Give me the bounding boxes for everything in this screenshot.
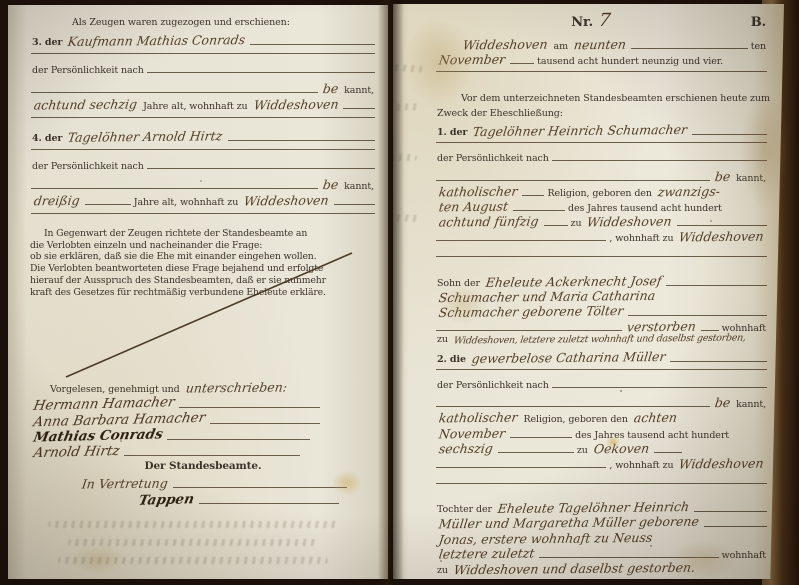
blank-rule: [435, 252, 768, 267]
fly-specks: [500, 60, 502, 62]
handwritten-text: Widdeshoven: [239, 193, 334, 209]
identity-line-2: bekannt,: [435, 169, 768, 184]
left-page-upper-form: Als Zeugen waren zugezogen und erschiene…: [30, 17, 376, 225]
bride-parents-line: Tochter derEheleute Tagelöhner Heinrich: [435, 500, 768, 515]
right-page: Nr.7B.WiddeshovenamneuntentenNovembertau…: [393, 4, 784, 579]
printed-text: Zweck der Eheschließung:: [435, 108, 565, 119]
printed-text: kannt,: [342, 181, 376, 192]
printed-text: ten: [749, 41, 768, 52]
age-line: achtund sechzigJahre alt, wohnhaft zuWid…: [30, 97, 376, 113]
marriage-question-paragraph: In Gegenwart der Zeugen richtete der Sta…: [30, 228, 376, 298]
bride-parents-line-4: letztere zuletztwohnhaft: [435, 546, 768, 561]
identity-line-2: bekannt,: [30, 81, 376, 97]
rule-line: [552, 383, 767, 388]
date-line: Novembertausend acht hundert neunzig und…: [435, 52, 768, 67]
blank-rule: [30, 49, 376, 65]
rule-line: [343, 104, 375, 109]
handwritten-text: Schumacher geborene Tölter: [434, 303, 629, 320]
birth-year-place-line: sechszigzuOekoven: [435, 441, 768, 456]
printed-text: kannt,: [734, 173, 768, 184]
place-date-line: Widdeshovenamneuntenten: [435, 37, 768, 52]
handwritten-text: Oekoven: [589, 440, 654, 456]
printed-text: B.: [749, 15, 768, 30]
groom-parents-line: Sohn derEheleute Ackerknecht Josef: [435, 274, 768, 289]
handwritten-text: katholischer: [434, 410, 523, 426]
printed-text: 3. der: [30, 37, 64, 48]
record-header: Nr.7B.: [435, 10, 768, 31]
handwritten-text: Kaufmann Mathias Conrads: [63, 32, 250, 49]
groom-parents-line-2: Schumacher und Maria Catharina: [435, 289, 768, 304]
handwritten-text: letztere zuletzt: [434, 545, 540, 561]
handwritten-text: achtund sechzig: [29, 96, 142, 112]
religion-birth-line: katholischerReligion, geboren denachten: [435, 410, 768, 425]
printed-text: Vor dem unterzeichneten Standesbeamten e…: [435, 93, 772, 104]
rule-line: [677, 221, 767, 226]
identity-line-2: bekannt,: [435, 395, 768, 410]
printed-text: zu: [575, 445, 590, 456]
printed-text: der Persönlichkeit nach: [435, 380, 551, 391]
rule-line: [539, 553, 718, 558]
rule-line: [436, 252, 767, 257]
groom-line: 1. derTagelöhner Heinrich Schumacher: [435, 123, 768, 138]
rule-line: [631, 44, 748, 49]
handwritten-text: November: [434, 425, 510, 441]
handwritten-text: 7: [594, 10, 616, 31]
handwritten-text: achtund fünfzig: [434, 213, 544, 229]
rule-line: [31, 209, 375, 214]
ink-bleedthrough: [68, 539, 318, 546]
signature-text: Tappen: [133, 491, 199, 509]
blank-rule: [30, 113, 376, 129]
witness-heading: Als Zeugen waren zugezogen und erschiene…: [30, 17, 376, 33]
groom-parents-line-3: Schumacher geborene Tölter: [435, 304, 768, 319]
handwritten-text: ten August: [434, 198, 513, 214]
registrar-title: Der Standesbeamte.: [30, 460, 376, 476]
rule-line: [628, 311, 767, 316]
rule-line: [704, 522, 767, 527]
handwritten-text: Widdeshoven und daselbst gestorben.: [449, 560, 700, 578]
struck-blank-space: [30, 298, 376, 380]
handwritten-text: achten: [629, 410, 682, 426]
birth-year-place-line: achtund fünfzigzuWiddeshoven: [435, 214, 768, 229]
printed-text: Als Zeugen waren zugezogen und erschiene…: [30, 17, 292, 28]
blank-rule: [435, 479, 768, 494]
birth-date-line: Novemberdes Jahres tausend acht hundert: [435, 426, 768, 441]
handwritten-text: Widdeshoven: [249, 97, 344, 113]
printed-text: der Persönlichkeit nach: [435, 153, 551, 164]
printed-text: 2. die: [435, 354, 468, 365]
residence-line: , wohnhaft zuWiddeshoven: [435, 456, 768, 471]
handwritten-text: be: [710, 395, 735, 410]
handwritten-text: zwanzigs-: [653, 183, 725, 199]
witness-3-line: 3. derKaufmann Mathias Conrads: [30, 33, 376, 49]
rule-line: [199, 499, 339, 504]
rule-line: [510, 59, 534, 64]
rule-line: [436, 236, 606, 241]
signature-line: Arnold Hirtz: [30, 444, 376, 460]
rule-line: [334, 200, 375, 205]
handwritten-text: Widdeshoven: [674, 229, 769, 245]
rule-line: [436, 402, 710, 407]
identity-line: der Persönlichkeit nach: [30, 161, 376, 177]
rule-line: [544, 221, 568, 226]
rule-line: [670, 357, 767, 362]
left-page-signature-block: Vorgelesen, genehmigt undunterschrieben:…: [30, 298, 376, 508]
printed-text: Jahre alt, wohnhaft zu: [132, 197, 240, 208]
printed-text: der Persönlichkeit nach: [30, 161, 146, 172]
bride-parents-line-3: Jonas, erstere wohnhaft zu Neuss: [435, 531, 768, 546]
rule-line: [147, 164, 375, 169]
left-page: Als Zeugen waren zugezogen und erschiene…: [8, 5, 388, 579]
handwritten-text: katholischer: [434, 183, 523, 199]
handwritten-text: Jonas, erstere wohnhaft zu Neuss: [434, 529, 657, 546]
identity-line: der Persönlichkeit nach: [30, 65, 376, 81]
rule-line: [210, 419, 320, 424]
rule-line: [666, 281, 767, 286]
printed-text: zu: [435, 565, 450, 576]
bride-parents-line-2: Müller und Margaretha Müller geborene: [435, 515, 768, 530]
printed-text: des Jahres tausend acht hundert: [573, 430, 731, 441]
deputy-line: In Vertretung: [30, 476, 376, 492]
rule-line: [692, 130, 767, 135]
blank-rule: [435, 67, 768, 82]
handwritten-text: Tagelöhner Arnold Hirtz: [63, 128, 227, 145]
rule-line: [31, 145, 375, 150]
rule-line: [701, 326, 719, 331]
rule-line: [173, 483, 347, 488]
printed-text: kannt,: [734, 399, 768, 410]
ink-bleedthrough: [48, 521, 338, 528]
appearance-clause-2: Zweck der Eheschließung:: [435, 108, 768, 123]
handwritten-text: Müller und Margaretha Müller geborene: [434, 514, 704, 532]
residence-line: , wohnhaft zuWiddeshoven: [435, 229, 768, 244]
printed-text: , wohnhaft zu: [607, 460, 675, 471]
right-page-form: Nr.7B.WiddeshovenamneuntentenNovembertau…: [435, 10, 768, 576]
identity-line-2: bekannt,: [30, 177, 376, 193]
handwritten-text: sechszig: [434, 440, 498, 456]
blank-rule: [435, 365, 768, 380]
identity-line: der Persönlichkeit nach: [435, 380, 768, 395]
rule-line: [147, 68, 375, 73]
handwritten-text: unterschrieben:: [181, 380, 292, 396]
printed-text: Der Standesbeamte.: [142, 460, 263, 472]
printed-text: tausend acht hundert neunzig und vier.: [535, 56, 725, 67]
printed-text: des Jahres tausend acht hundert: [566, 203, 724, 214]
rule-line: [694, 507, 767, 512]
handwritten-text: dreißig: [29, 193, 85, 209]
rule-line: [436, 176, 710, 181]
rule-line: [228, 136, 375, 141]
signature-line: Mathias Conrads: [30, 428, 376, 444]
printed-text: , wohnhaft zu: [607, 233, 675, 244]
handwritten-text: be: [710, 168, 735, 183]
printed-text: zu: [435, 334, 450, 345]
handwritten-text: neunten: [569, 37, 631, 53]
handwritten-text: Widdeshoven: [582, 214, 677, 230]
ink-bleedthrough: [58, 557, 328, 564]
printed-text: wohnhaft: [720, 550, 768, 561]
photo-of-register-book: { "colors":{"page":"#eae6d8","ink_printe…: [0, 0, 799, 585]
signature-text: Arnold Hirtz: [28, 443, 125, 461]
bride-parents-line-5: zuWiddeshoven und daselbst gestorben.: [435, 561, 768, 576]
handwritten-text: be: [318, 81, 343, 96]
identity-line: der Persönlichkeit nach: [435, 153, 768, 168]
rule-line: [552, 156, 767, 161]
rule-line: [250, 40, 375, 45]
printed-text: Tochter der: [435, 504, 494, 515]
printed-text: Jahre alt, wohnhaft zu: [141, 101, 249, 112]
handwritten-text: Tagelöhner Heinrich Schumacher: [468, 122, 692, 139]
rule-line: [436, 326, 622, 331]
birth-date-line: ten Augustdes Jahres tausend acht hunder…: [435, 199, 768, 214]
printed-text: kannt,: [342, 85, 376, 96]
printed-text: am: [552, 41, 570, 52]
blank-rule: [30, 209, 376, 225]
printed-text: 1. der: [435, 127, 469, 138]
rule-line: [654, 448, 682, 453]
blank-rule: [30, 145, 376, 161]
printed-text: der Persönlichkeit nach: [30, 65, 146, 76]
blank-rule: [435, 138, 768, 153]
rule-line: [31, 113, 375, 118]
handwritten-text: Widdeshoven: [458, 37, 553, 53]
printed-text: 4. der: [30, 133, 64, 144]
rule-line: [513, 206, 565, 211]
rule-line: [522, 191, 544, 196]
rule-line: [31, 88, 318, 93]
handwritten-text: Widdeshoven, letztere zuletzt wohnhaft u…: [449, 333, 750, 347]
groom-parents-line-5: zuWiddeshoven, letztere zuletzt wohnhaft…: [435, 334, 768, 349]
handwritten-text: Widdeshoven: [674, 455, 769, 471]
rule-line: [510, 433, 572, 438]
bride-line: 2. diegewerbelose Catharina Müller: [435, 350, 768, 365]
appearance-clause: Vor dem unterzeichneten Standesbeamten e…: [435, 93, 768, 108]
rule-line: [124, 451, 300, 456]
registrar-signature: Tappen: [30, 492, 376, 508]
printed-text: Religion, geboren den: [521, 414, 629, 425]
printed-text: Nr.: [569, 15, 595, 30]
rule-line: [436, 67, 767, 72]
age-line: dreißigJahre alt, wohnhaft zuWiddeshoven: [30, 193, 376, 209]
rule-line: [31, 49, 375, 54]
handwritten-text: In Vertretung: [77, 476, 173, 492]
rule-line: [167, 435, 310, 440]
rule-line: [436, 463, 606, 468]
closing-line: Vorgelesen, genehmigt undunterschrieben:: [30, 380, 376, 396]
handwritten-text: gewerbelose Catharina Müller: [467, 349, 671, 366]
handwritten-text: be: [318, 177, 343, 192]
printed-text: Religion, geboren den: [545, 188, 653, 199]
religion-birth-line: katholischerReligion, geboren denzwanzig…: [435, 184, 768, 199]
rule-line: [85, 200, 131, 205]
handwritten-text: November: [434, 52, 510, 68]
signature-line: Anna Barbara Hamacher: [30, 412, 376, 428]
witness-4-line: 4. derTagelöhner Arnold Hirtz: [30, 129, 376, 145]
rule-line: [498, 448, 574, 453]
printed-text: Sohn der: [435, 278, 482, 289]
rule-line: [31, 184, 318, 189]
rule-line: [179, 403, 320, 408]
rule-line: [436, 479, 767, 484]
